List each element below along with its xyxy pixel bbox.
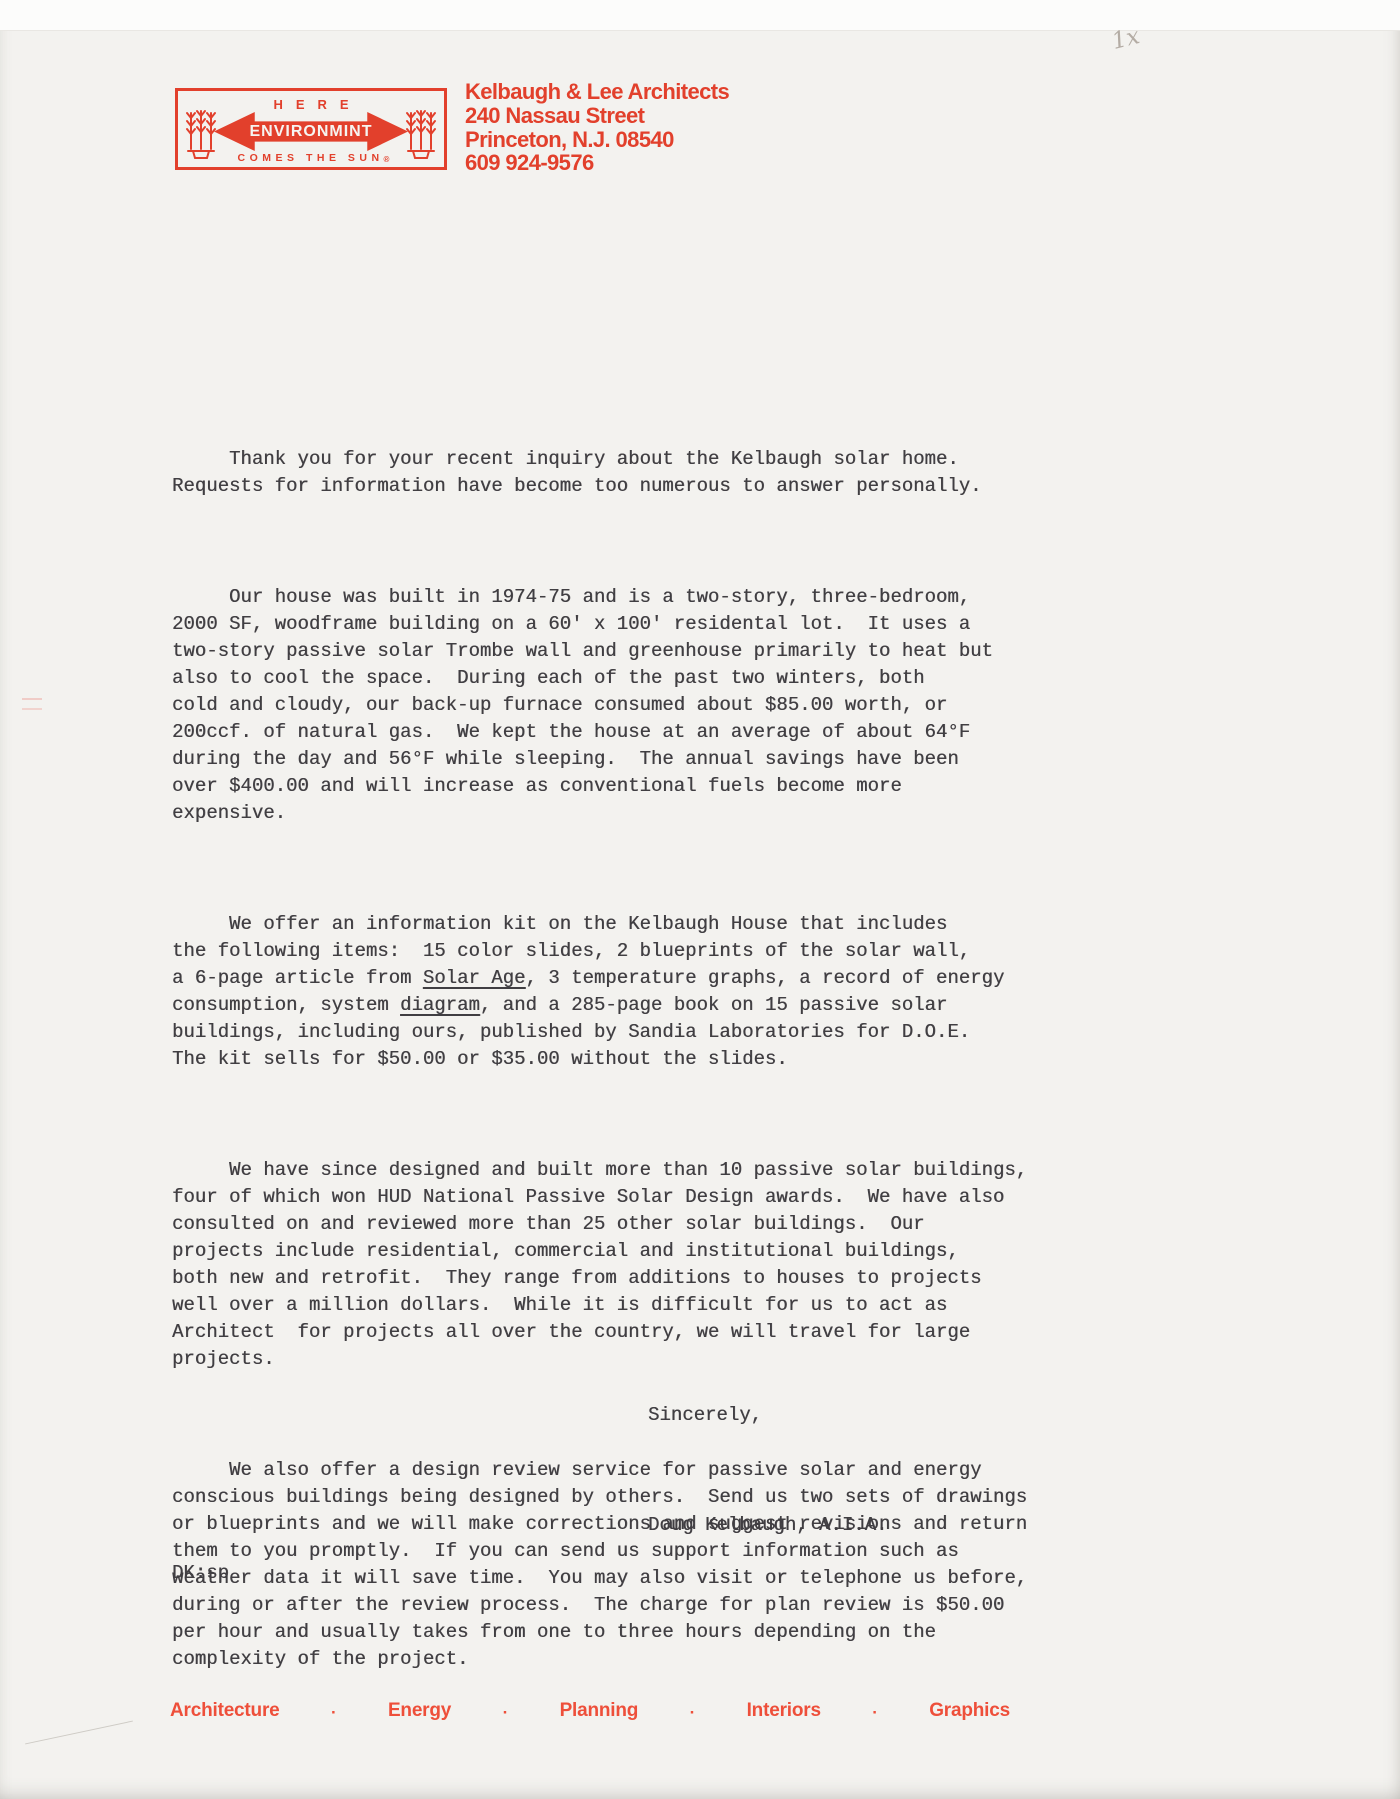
paragraph-2: Our house was built in 1974-75 and is a …: [172, 584, 1072, 827]
footer-item-architecture: Architecture: [170, 1700, 280, 1722]
street-address: 240 Nassau Street: [465, 104, 729, 128]
valediction: Sincerely,: [648, 1402, 762, 1429]
footer-services: Architecture · Energy · Planning · Inter…: [170, 1700, 1010, 1722]
paper-crease: [25, 1721, 133, 1745]
footer-separator: ·: [872, 1703, 877, 1723]
ink-smudge: [22, 698, 42, 710]
logo-tagline: COMES THE SUN®: [178, 152, 444, 164]
pencil-annotation: 1x: [1109, 23, 1142, 55]
logo-here-text: HERE: [178, 97, 444, 112]
double-arrow-banner: ENVIRONMINT: [214, 112, 408, 151]
signer-name: Doug Kelbaugh, A.I.A.: [648, 1512, 887, 1539]
paragraph-1: Thank you for your recent inquiry about …: [172, 446, 1072, 500]
typist-reference: DK:sp: [172, 1560, 229, 1587]
scan-edge-strip: [0, 0, 1400, 31]
footer-item-planning: Planning: [560, 1700, 639, 1722]
footer-item-energy: Energy: [388, 1700, 451, 1722]
footer-item-interiors: Interiors: [747, 1700, 821, 1722]
paragraph-5: We also offer a design review service fo…: [172, 1457, 1072, 1673]
letter-page: HERE ENVIRONMINT COMES THE SUN® Kelbaugh…: [0, 0, 1400, 1799]
firm-name: Kelbaugh & Lee Architects: [465, 80, 729, 104]
city-state-zip: Princeton, N.J. 08540: [465, 128, 729, 152]
letter-body: Thank you for your recent inquiry about …: [172, 392, 1072, 1757]
registered-mark: ®: [384, 155, 390, 164]
paragraph-4: We have since designed and built more th…: [172, 1157, 1072, 1373]
footer-item-graphics: Graphics: [929, 1700, 1010, 1722]
underlined-solar-age: Solar Age: [423, 967, 526, 989]
letterhead-address-block: Kelbaugh & Lee Architects 240 Nassau Str…: [465, 80, 729, 175]
letterhead-logo: HERE ENVIRONMINT COMES THE SUN®: [175, 88, 447, 170]
phone-number: 609 924-9576: [465, 151, 729, 175]
footer-separator: ·: [331, 1703, 336, 1723]
footer-separator: ·: [503, 1703, 508, 1723]
paragraph-3: We offer an information kit on the Kelba…: [172, 911, 1072, 1073]
footer-separator: ·: [690, 1703, 695, 1723]
underlined-diagram: diagram: [400, 994, 480, 1016]
logo-arrow-text: ENVIRONMINT: [250, 123, 373, 140]
